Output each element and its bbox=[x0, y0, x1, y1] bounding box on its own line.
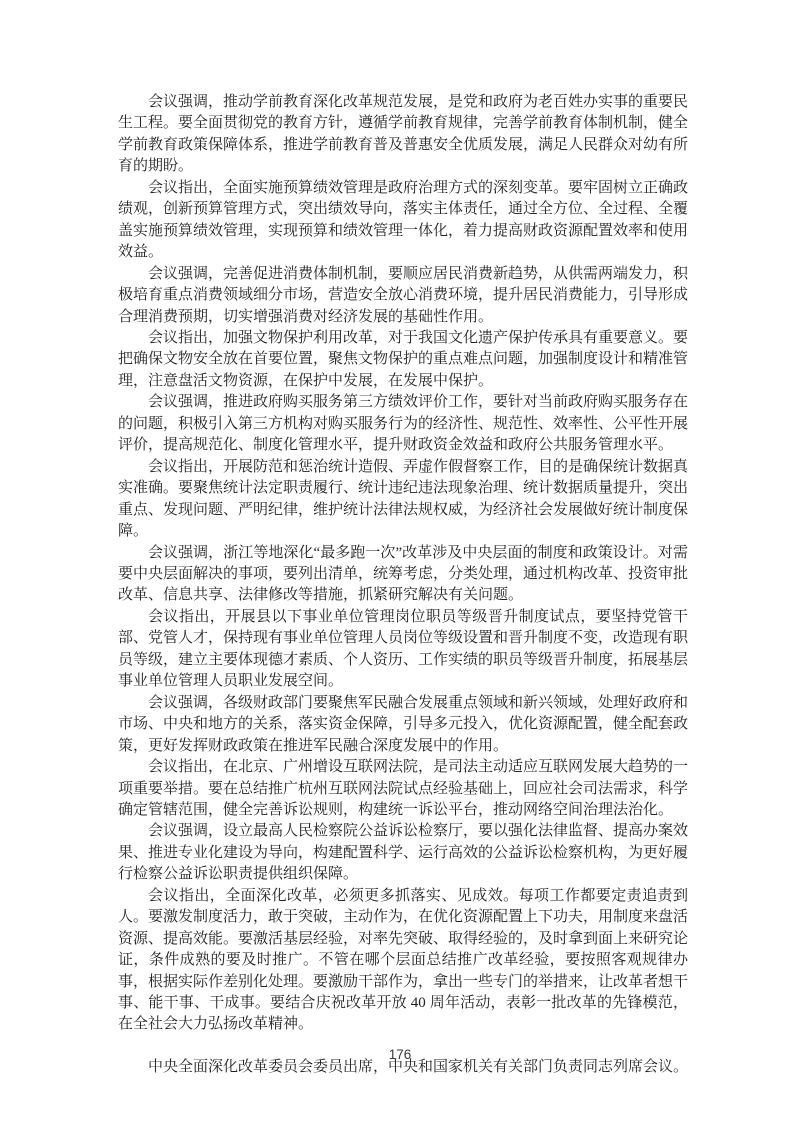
paragraph-4: 会议指出，加强文物保护利用改革，对于我国文化遗产保护传承具有重要意义。要把确保文… bbox=[118, 328, 688, 392]
paragraph-9: 会议强调，各级财政部门要聚焦军民融合发展重点领域和新兴领域，处理好政府和市场、中… bbox=[118, 693, 688, 757]
paragraph-11: 会议强调，设立最高人民检察院公益诉讼检察厅，要以强化法律监督、提高办案效果、推进… bbox=[118, 821, 688, 885]
page-number: 176 bbox=[0, 1047, 800, 1062]
paragraph-12: 会议指出，全面深化改革，必须更多抓落实、见成效。每项工作都要定责追责到人。要激发… bbox=[118, 886, 688, 1036]
paragraph-7: 会议强调，浙江等地深化“最多跑一次”改革涉及中央层面的制度和政策设计。对需要中央… bbox=[118, 543, 688, 607]
document-body: 会议强调，推动学前教育深化改革规范发展，是党和政府为老百姓办实事的重要民生工程。… bbox=[118, 92, 688, 1079]
paragraph-5: 会议强调，推进政府购买服务第三方绩效评价工作，要针对当前政府购买服务存在的问题，… bbox=[118, 392, 688, 456]
paragraph-8: 会议指出，开展县以下事业单位管理岗位职员等级晋升制度试点，要坚持党管干部、党管人… bbox=[118, 607, 688, 693]
paragraph-3: 会议强调，完善促进消费体制机制，要顺应居民消费新趋势，从供需两端发力，积极培育重… bbox=[118, 264, 688, 328]
document-page: 会议强调，推动学前教育深化改革规范发展，是党和政府为老百姓办实事的重要民生工程。… bbox=[0, 0, 800, 1133]
paragraph-6: 会议指出，开展防范和惩治统计造假、弄虚作假督察工作，目的是确保统计数据真实准确。… bbox=[118, 457, 688, 543]
paragraph-10: 会议指出，在北京、广州增设互联网法院，是司法主动适应互联网发展大趋势的一项重要举… bbox=[118, 757, 688, 821]
paragraph-2: 会议指出，全面实施预算绩效管理是政府治理方式的深刻变革。要牢固树立正确政绩观，创… bbox=[118, 178, 688, 264]
paragraph-1: 会议强调，推动学前教育深化改革规范发展，是党和政府为老百姓办实事的重要民生工程。… bbox=[118, 92, 688, 178]
